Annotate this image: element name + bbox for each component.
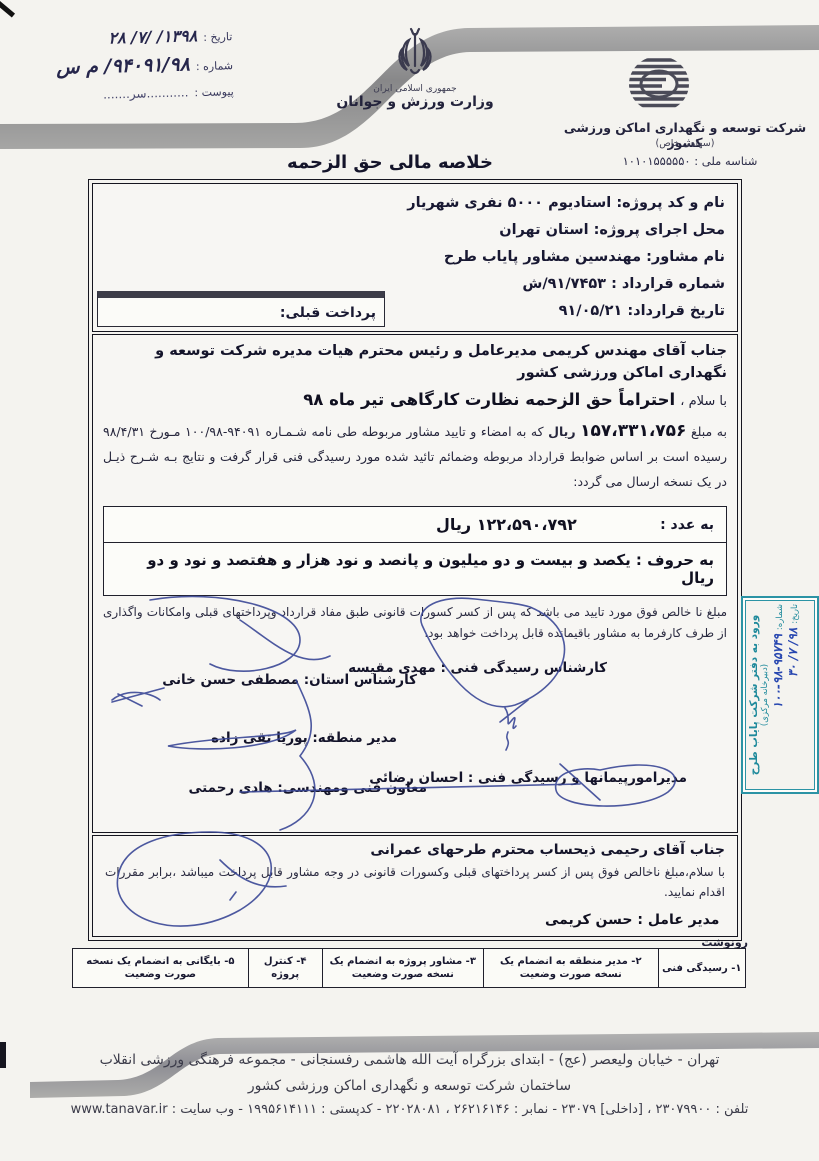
project-location-row: محل اجرای پروژه: استان تهران — [105, 217, 725, 244]
amount-words-row: به حروف : یکصد و بیست و دو میلیون و پانص… — [104, 543, 726, 595]
numeric-amount: ۱۲۲،۵۹۰،۷۹۲ ریال — [436, 515, 577, 534]
number-label: شماره : — [196, 59, 234, 73]
letter-subject-line: با سلام ، احتراماً حق الزحمه نظارت کارگا… — [103, 390, 727, 409]
document-frame: نام و کد پروژه: استادیوم ۵۰۰۰ نفری شهریا… — [88, 179, 742, 941]
national-id: شناسه ملی : ۱۰۱۰۱۵۵۵۵۵۰ — [590, 154, 790, 168]
registry-stamp: ورود به دفتر شرکت پایاب طرح (دبیرخانه مر… — [741, 596, 819, 794]
page-title: خلاصه مالی حق الزحمه — [250, 152, 530, 173]
footer-address-line1: تهران - خیابان ولیعصر (عج) - ابتدای بزرگ… — [0, 1052, 819, 1068]
ministry-block: جمهوری اسلامی ایران وزارت ورزش و جوانان — [330, 26, 500, 110]
treasurer-section: جناب آقای رحیمی ذیحساب محترم طرحهای عمرا… — [92, 835, 738, 937]
signatures-area: کارشناس رسیدگی فنی : مهدی مقیسه کارشناس … — [103, 644, 727, 832]
date-value: ۱۳۹۸/ /۷/ ۲۸ — [108, 26, 197, 47]
rial-word: ریال — [548, 424, 575, 439]
signature-deputy: معاون فنی ومهندسی: هادی رحمتی — [188, 780, 427, 796]
company-type: (سهامی خاص) — [560, 138, 810, 149]
stamp-date-label: تاریخ: — [790, 604, 800, 624]
treasurer-body: با سلام،مبلغ ناخالص فوق پس از کسر پرداخت… — [105, 862, 725, 902]
footer-address-line2: ساختمان شرکت توسعه و نگهداری اماکن ورزشی… — [0, 1078, 819, 1094]
country-name: جمهوری اسلامی ایران — [330, 84, 500, 94]
ministry-name: وزارت ورزش و جوانان — [330, 94, 500, 110]
project-info-section: نام و کد پروژه: استادیوم ۵۰۰۰ نفری شهریا… — [92, 183, 738, 332]
attachment-label: پیوست : — [194, 85, 234, 99]
ceo-signature-label: مدیر عامل : حسن کریمی — [105, 912, 725, 928]
cc-item-4: ۴- کنترل پروژه — [248, 949, 322, 987]
cc-item-5: ۵- بایگانی به انضمام یک نسخه صورت وضعیت — [73, 949, 248, 987]
cc-item-1: ۱- رسیدگی فنی — [658, 949, 745, 987]
company-logo-icon — [626, 52, 692, 116]
cc-item-3: ۳- مشاور پروژه به انضمام یک نسخه صورت وض… — [322, 949, 483, 987]
number-value: ۹۴۰۹۱/۹۸/ م س — [56, 53, 190, 78]
stamp-number-value: ۱۰۰-۹۸-۹۵۷۴۹ — [771, 634, 785, 708]
date-label: تاریخ : — [203, 30, 232, 44]
letter-addressee: جناب آقای مهندس کریمی مدیرعامل و رئیس مح… — [103, 340, 727, 384]
letter-body: به مبلغ ۱۵۷،۳۳۱،۷۵۶ ریال که به امضاء و ت… — [103, 419, 727, 494]
amount-box: به عدد : ۱۲۲،۵۹۰،۷۹۲ ریال به حروف : یکصد… — [103, 506, 727, 596]
numeric-label: به عدد : — [660, 517, 714, 533]
amount-numeric-row: به عدد : ۱۲۲،۵۹۰،۷۹۲ ریال — [104, 507, 726, 543]
project-name-row: نام و کد پروژه: استادیوم ۵۰۰۰ نفری شهریا… — [105, 190, 725, 217]
footer-contact-line: تلفن : ۲۳۰۷۹۹۰۰ ، [داخلی] ۲۳۰۷۹ - نمابر … — [0, 1102, 819, 1117]
stamp-title: ورود به دفتر شرکت پایاب طرح — [748, 604, 760, 786]
attachment-value: ...........سر....... — [103, 85, 189, 101]
letter-subject: احتراماً حق الزحمه نظارت کارگاهی تیر ماه… — [303, 390, 675, 409]
handwritten-registry: تاریخ : ۱۳۹۸/ /۷/ ۲۸ شماره : ۹۴۰۹۱/۹۸/ م… — [17, 25, 234, 104]
gross-amount: ۱۵۷،۳۳۱،۷۵۶ — [580, 421, 686, 441]
signature-province-expert: کارشناس استان: مصطفی حسن خانی — [162, 672, 417, 688]
cc-item-2: ۲- مدیر منطقه به انضمام یک نسخه صورت وضع… — [483, 949, 658, 987]
previous-payment-box: پرداخت قبلی: — [97, 291, 385, 327]
letter-section: جناب آقای مهندس کریمی مدیرعامل و رئیس مح… — [92, 334, 738, 833]
body-prefix: به مبلغ — [691, 424, 727, 439]
previous-payment-label: پرداخت قبلی: — [98, 298, 384, 321]
signature-region-manager: مدیر منطقه: پوریا تقی زاده — [211, 730, 397, 746]
treasurer-addressee: جناب آقای رحیمی ذیحساب محترم طرحهای عمرا… — [105, 842, 725, 858]
stamp-date-value: ۹۸/ ۷/ ۳۰ — [786, 628, 800, 677]
payment-note: مبلغ نا خالص فوق مورد تایید می باشد که پ… — [103, 602, 727, 644]
cc-table: ۱- رسیدگی فنی ۲- مدیر منطقه به انضمام یک… — [72, 948, 746, 988]
salutation: با سلام ، — [680, 394, 727, 409]
consultant-row: نام مشاور: مهندسین مشاور پایاب طرح — [105, 244, 725, 271]
scanned-letter-page: { "letterhead": { "handwritten": { "date… — [0, 0, 819, 1161]
stamp-subtitle: (دبیرخانه مرکزی) — [760, 604, 770, 786]
iran-emblem-icon — [393, 26, 437, 82]
stamp-number-label: شماره: — [775, 604, 785, 630]
